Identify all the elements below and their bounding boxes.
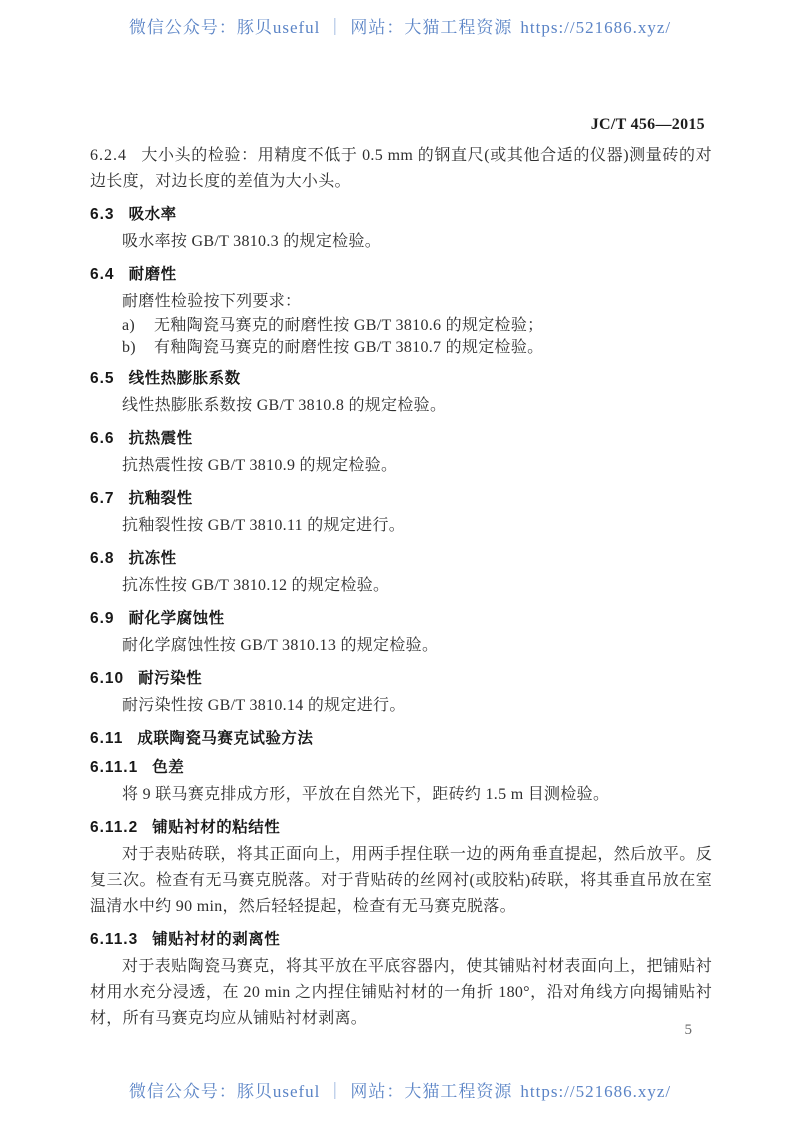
- section-number: 6.10: [90, 670, 124, 687]
- section-body: 抗冻性按 GB/T 3810.12 的规定检验。: [90, 573, 712, 599]
- section-number: 6.11.1: [90, 759, 138, 776]
- section-body: 吸水率按 GB/T 3810.3 的规定检验。: [90, 229, 712, 255]
- section-6-5: 6.5线性热膨胀系数 线性热膨胀系数按 GB/T 3810.8 的规定检验。: [90, 370, 712, 419]
- document-content: 6.2.4大小头的检验：用精度不低于 0.5 mm 的钢直尺(或其他合适的仪器)…: [90, 143, 712, 1032]
- section-body: 对于表贴陶瓷马赛克，将其平放在平底容器内，使其铺贴衬材表面向上，把铺贴衬材用水充…: [90, 954, 712, 1032]
- watermark-separator: ｜: [326, 1082, 344, 1101]
- watermark-wechat-label: 微信公众号：豚贝useful: [129, 18, 321, 37]
- clause-6-2-4: 6.2.4大小头的检验：用精度不低于 0.5 mm 的钢直尺(或其他合适的仪器)…: [90, 143, 712, 195]
- section-title: 耐污染性: [138, 670, 202, 687]
- section-number: 6.11: [90, 730, 123, 747]
- section-heading: 6.6抗热震性: [90, 430, 712, 448]
- section-body: 抗热震性按 GB/T 3810.9 的规定检验。: [90, 453, 712, 479]
- section-heading: 6.11成联陶瓷马赛克试验方法: [90, 730, 712, 748]
- section-heading: 6.5线性热膨胀系数: [90, 370, 712, 388]
- section-number: 6.5: [90, 370, 115, 387]
- section-6-6: 6.6抗热震性 抗热震性按 GB/T 3810.9 的规定检验。: [90, 430, 712, 479]
- page-number: 5: [685, 1022, 693, 1039]
- section-number: 6.8: [90, 550, 115, 567]
- section-heading: 6.9耐化学腐蚀性: [90, 610, 712, 628]
- section-heading: 6.3吸水率: [90, 206, 712, 224]
- section-title: 铺贴衬材的剥离性: [152, 931, 280, 948]
- clause-number: 6.2.4: [90, 147, 127, 164]
- watermark-site-label: 网站：大猫工程资源: [350, 18, 512, 37]
- section-title: 吸水率: [129, 206, 177, 223]
- section-heading: 6.10耐污染性: [90, 670, 712, 688]
- section-number: 6.3: [90, 206, 115, 223]
- watermark-wechat-label: 微信公众号：豚贝useful: [129, 1082, 321, 1101]
- section-6-4: 6.4耐磨性 耐磨性检验按下列要求： a)无釉陶瓷马赛克的耐磨性按 GB/T 3…: [90, 266, 712, 359]
- section-title: 成联陶瓷马赛克试验方法: [137, 730, 313, 747]
- section-body: 将 9 联马赛克排成方形，平放在自然光下，距砖约 1.5 m 目测检验。: [90, 782, 712, 808]
- section-6-11-1: 6.11.1色差 将 9 联马赛克排成方形，平放在自然光下，距砖约 1.5 m …: [90, 759, 712, 808]
- list-item-text: 有釉陶瓷马赛克的耐磨性按 GB/T 3810.7 的规定检验。: [154, 339, 543, 356]
- section-heading: 6.7抗釉裂性: [90, 490, 712, 508]
- section-body: 抗釉裂性按 GB/T 3810.11 的规定进行。: [90, 513, 712, 539]
- section-title: 耐磨性: [129, 266, 177, 283]
- section-body: 对于表贴砖联，将其正面向上，用两手捏住联一边的两角垂直提起，然后放平。反复三次。…: [90, 842, 712, 920]
- watermark-site-label: 网站：大猫工程资源: [350, 1082, 512, 1101]
- section-body: 耐污染性按 GB/T 3810.14 的规定进行。: [90, 693, 712, 719]
- section-6-11-3: 6.11.3铺贴衬材的剥离性 对于表贴陶瓷马赛克，将其平放在平底容器内，使其铺贴…: [90, 931, 712, 1032]
- section-number: 6.4: [90, 266, 115, 283]
- section-heading: 6.11.3铺贴衬材的剥离性: [90, 931, 712, 949]
- clause-text: 大小头的检验：用精度不低于 0.5 mm 的钢直尺(或其他合适的仪器)测量砖的对…: [90, 147, 712, 190]
- list-item-label: a): [122, 315, 154, 337]
- section-heading: 6.11.1色差: [90, 759, 712, 777]
- section-6-9: 6.9耐化学腐蚀性 耐化学腐蚀性按 GB/T 3810.13 的规定检验。: [90, 610, 712, 659]
- section-6-3: 6.3吸水率 吸水率按 GB/T 3810.3 的规定检验。: [90, 206, 712, 255]
- section-title: 抗冻性: [129, 550, 177, 567]
- watermark-separator: ｜: [326, 18, 344, 37]
- watermark-header: 微信公众号：豚贝useful｜网站：大猫工程资源https://521686.x…: [0, 16, 800, 40]
- watermark-url-link[interactable]: https://521686.xyz/: [520, 18, 671, 37]
- watermark-footer: 微信公众号：豚贝useful｜网站：大猫工程资源https://521686.x…: [0, 1080, 800, 1104]
- watermark-url-link[interactable]: https://521686.xyz/: [520, 1082, 671, 1101]
- section-6-11-2: 6.11.2铺贴衬材的粘结性 对于表贴砖联，将其正面向上，用两手捏住联一边的两角…: [90, 819, 712, 920]
- section-number: 6.11.2: [90, 819, 138, 836]
- section-title: 抗热震性: [129, 430, 193, 447]
- list-item: a)无釉陶瓷马赛克的耐磨性按 GB/T 3810.6 的规定检验；: [122, 315, 712, 337]
- section-number: 6.6: [90, 430, 115, 447]
- section-heading: 6.4耐磨性: [90, 266, 712, 284]
- section-heading: 6.8抗冻性: [90, 550, 712, 568]
- requirement-list: a)无釉陶瓷马赛克的耐磨性按 GB/T 3810.6 的规定检验； b)有釉陶瓷…: [90, 315, 712, 359]
- section-title: 耐化学腐蚀性: [129, 610, 225, 627]
- section-body: 耐磨性检验按下列要求：: [90, 289, 712, 315]
- list-item: b)有釉陶瓷马赛克的耐磨性按 GB/T 3810.7 的规定检验。: [122, 337, 712, 359]
- section-title: 抗釉裂性: [129, 490, 193, 507]
- section-6-10: 6.10耐污染性 耐污染性按 GB/T 3810.14 的规定进行。: [90, 670, 712, 719]
- standard-number: JC/T 456—2015: [591, 116, 705, 134]
- section-6-11: 6.11成联陶瓷马赛克试验方法: [90, 730, 712, 748]
- section-number: 6.7: [90, 490, 115, 507]
- section-6-8: 6.8抗冻性 抗冻性按 GB/T 3810.12 的规定检验。: [90, 550, 712, 599]
- section-number: 6.11.3: [90, 931, 138, 948]
- section-title: 线性热膨胀系数: [129, 370, 241, 387]
- section-6-7: 6.7抗釉裂性 抗釉裂性按 GB/T 3810.11 的规定进行。: [90, 490, 712, 539]
- section-body: 耐化学腐蚀性按 GB/T 3810.13 的规定检验。: [90, 633, 712, 659]
- section-number: 6.9: [90, 610, 115, 627]
- section-body: 线性热膨胀系数按 GB/T 3810.8 的规定检验。: [90, 393, 712, 419]
- section-title: 色差: [152, 759, 184, 776]
- list-item-label: b): [122, 337, 154, 359]
- section-title: 铺贴衬材的粘结性: [152, 819, 280, 836]
- section-heading: 6.11.2铺贴衬材的粘结性: [90, 819, 712, 837]
- document-page: 微信公众号：豚贝useful｜网站：大猫工程资源https://521686.x…: [0, 0, 800, 1131]
- list-item-text: 无釉陶瓷马赛克的耐磨性按 GB/T 3810.6 的规定检验；: [154, 317, 543, 334]
